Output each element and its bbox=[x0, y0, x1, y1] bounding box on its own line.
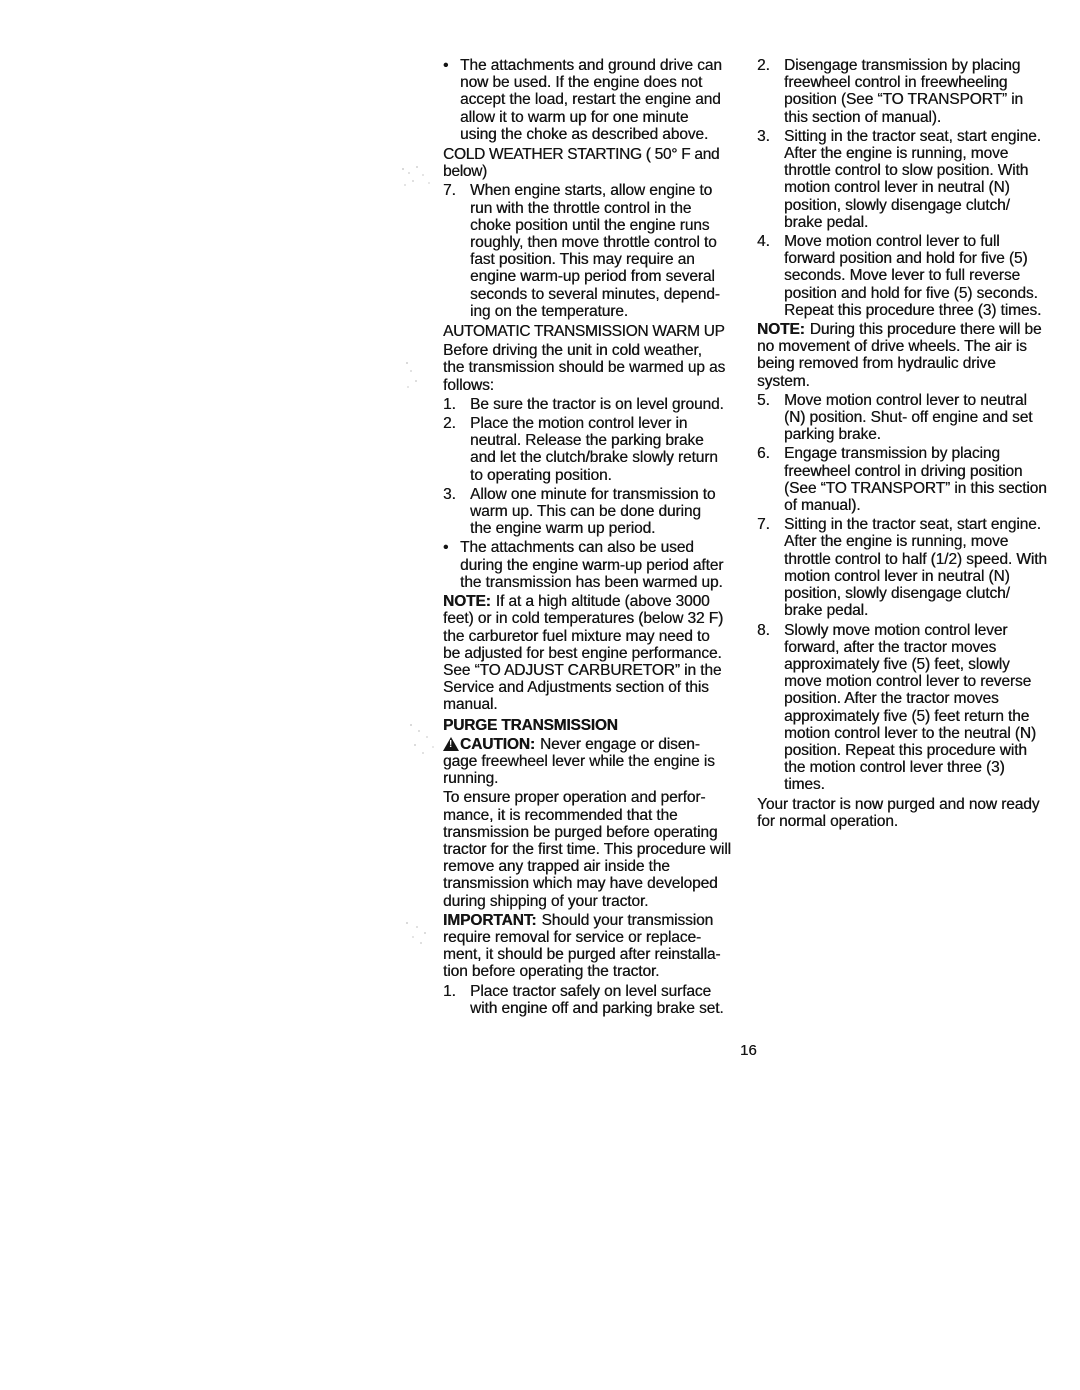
list-marker: 6. bbox=[757, 445, 784, 462]
labeled-paragraph: IMPORTANT:Should your transmission requi… bbox=[443, 912, 755, 981]
block-text: Be sure the tractor is on level ground. bbox=[470, 396, 724, 413]
scan-artifact bbox=[406, 922, 408, 924]
block-text: Place the motion control lever in neutra… bbox=[470, 415, 718, 484]
list-marker: 2. bbox=[757, 57, 784, 74]
scan-artifact bbox=[402, 168, 404, 170]
list-marker: 7. bbox=[757, 516, 784, 533]
block-text: Slowly move motion control lever forward… bbox=[784, 622, 1036, 794]
list-item: 2.Place the motion control lever in neut… bbox=[443, 415, 755, 484]
manual-page: •The attachments and ground drive can no… bbox=[0, 0, 1080, 1390]
list-marker: 4. bbox=[757, 233, 784, 250]
block-text: Sitting in the tractor seat, start engin… bbox=[784, 128, 1041, 231]
block-text: If at a high altitude (above 3000 feet) … bbox=[443, 593, 723, 713]
block-text: Before driving the unit in cold weather,… bbox=[443, 342, 725, 393]
block-text: PURGE TRANSMISSION bbox=[443, 717, 618, 734]
list-item: •The attachments and ground drive can no… bbox=[443, 57, 755, 143]
emphasis-label: NOTE: bbox=[443, 593, 491, 610]
list-marker: 2. bbox=[443, 415, 470, 432]
list-item: 5.Move motion control lever to neutral (… bbox=[757, 392, 1069, 444]
list-item: 7.When engine starts, allow engine to ru… bbox=[443, 182, 755, 320]
list-marker: 3. bbox=[757, 128, 784, 145]
list-item: 4.Move motion control lever to full forw… bbox=[757, 233, 1069, 319]
block-text: Your tractor is now purged and now ready… bbox=[757, 796, 1039, 830]
list-item: 7.Sitting in the tractor seat, start eng… bbox=[757, 516, 1069, 619]
block-text: Sitting in the tractor seat, start engin… bbox=[784, 516, 1047, 619]
block-text: AUTOMATIC TRANSMISSION WARM UP bbox=[443, 323, 725, 340]
block-text: Place tractor safely on level surface wi… bbox=[470, 983, 724, 1017]
labeled-paragraph: NOTE:During this procedure there will be… bbox=[757, 321, 1069, 390]
emphasis-label: NOTE: bbox=[757, 321, 805, 338]
section-heading: COLD WEATHER STARTING ( 50° F and below) bbox=[443, 146, 755, 180]
block-text: Move motion control lever to neutral (N)… bbox=[784, 392, 1032, 444]
block-text: The attachments and ground drive can now… bbox=[460, 57, 722, 143]
right-column: 2.Disengage transmission by placing free… bbox=[757, 57, 1069, 832]
labeled-paragraph: NOTE:If at a high altitude (above 3000 f… bbox=[443, 593, 755, 713]
list-marker: 3. bbox=[443, 486, 470, 503]
list-marker: 5. bbox=[757, 392, 784, 409]
list-marker: • bbox=[443, 57, 460, 74]
scan-artifact bbox=[406, 362, 408, 364]
list-marker: 8. bbox=[757, 622, 784, 639]
list-item: 8.Slowly move motion control lever forwa… bbox=[757, 622, 1069, 794]
list-item: 1.Be sure the tractor is on level ground… bbox=[443, 396, 755, 413]
block-text: COLD WEATHER STARTING ( 50° F and below) bbox=[443, 146, 719, 180]
block-text: When engine starts, allow engine to run … bbox=[470, 182, 720, 320]
page-number: 16 bbox=[740, 1042, 757, 1059]
scan-artifact bbox=[410, 724, 412, 726]
list-item: 2.Disengage transmission by placing free… bbox=[757, 57, 1069, 126]
left-column: •The attachments and ground drive can no… bbox=[443, 57, 755, 1019]
list-item: •The attachments can also be used during… bbox=[443, 539, 755, 591]
labeled-paragraph: !CAUTION:Never engage or disen- gage fre… bbox=[443, 736, 755, 788]
block-text: Engage transmission by placing freewheel… bbox=[784, 445, 1047, 514]
paragraph: To ensure proper operation and perfor- m… bbox=[443, 789, 755, 909]
list-item: 3.Allow one minute for transmission to w… bbox=[443, 486, 755, 538]
list-item: 3.Sitting in the tractor seat, start eng… bbox=[757, 128, 1069, 231]
list-item: 6.Engage transmission by placing freewhe… bbox=[757, 445, 1069, 514]
emphasis-label: CAUTION: bbox=[460, 736, 535, 753]
emphasis-label: IMPORTANT: bbox=[443, 912, 536, 929]
block-text: To ensure proper operation and perfor- m… bbox=[443, 789, 731, 909]
paragraph: Your tractor is now purged and now ready… bbox=[757, 796, 1069, 830]
list-item: 1.Place tractor safely on level surface … bbox=[443, 983, 755, 1017]
block-text: Move motion control lever to full forwar… bbox=[784, 233, 1041, 319]
block-text: Allow one minute for transmission to war… bbox=[470, 486, 715, 538]
section-heading: AUTOMATIC TRANSMISSION WARM UP bbox=[443, 323, 755, 340]
block-text: Disengage transmission by placing freewh… bbox=[784, 57, 1023, 126]
list-marker: 1. bbox=[443, 983, 470, 1000]
list-marker: • bbox=[443, 539, 460, 556]
list-marker: 1. bbox=[443, 396, 470, 413]
caution-triangle-icon: ! bbox=[443, 737, 459, 751]
list-marker: 7. bbox=[443, 182, 470, 199]
block-text: The attachments can also be used during … bbox=[460, 539, 723, 591]
section-heading: PURGE TRANSMISSION bbox=[443, 717, 755, 734]
paragraph: Before driving the unit in cold weather,… bbox=[443, 342, 755, 394]
